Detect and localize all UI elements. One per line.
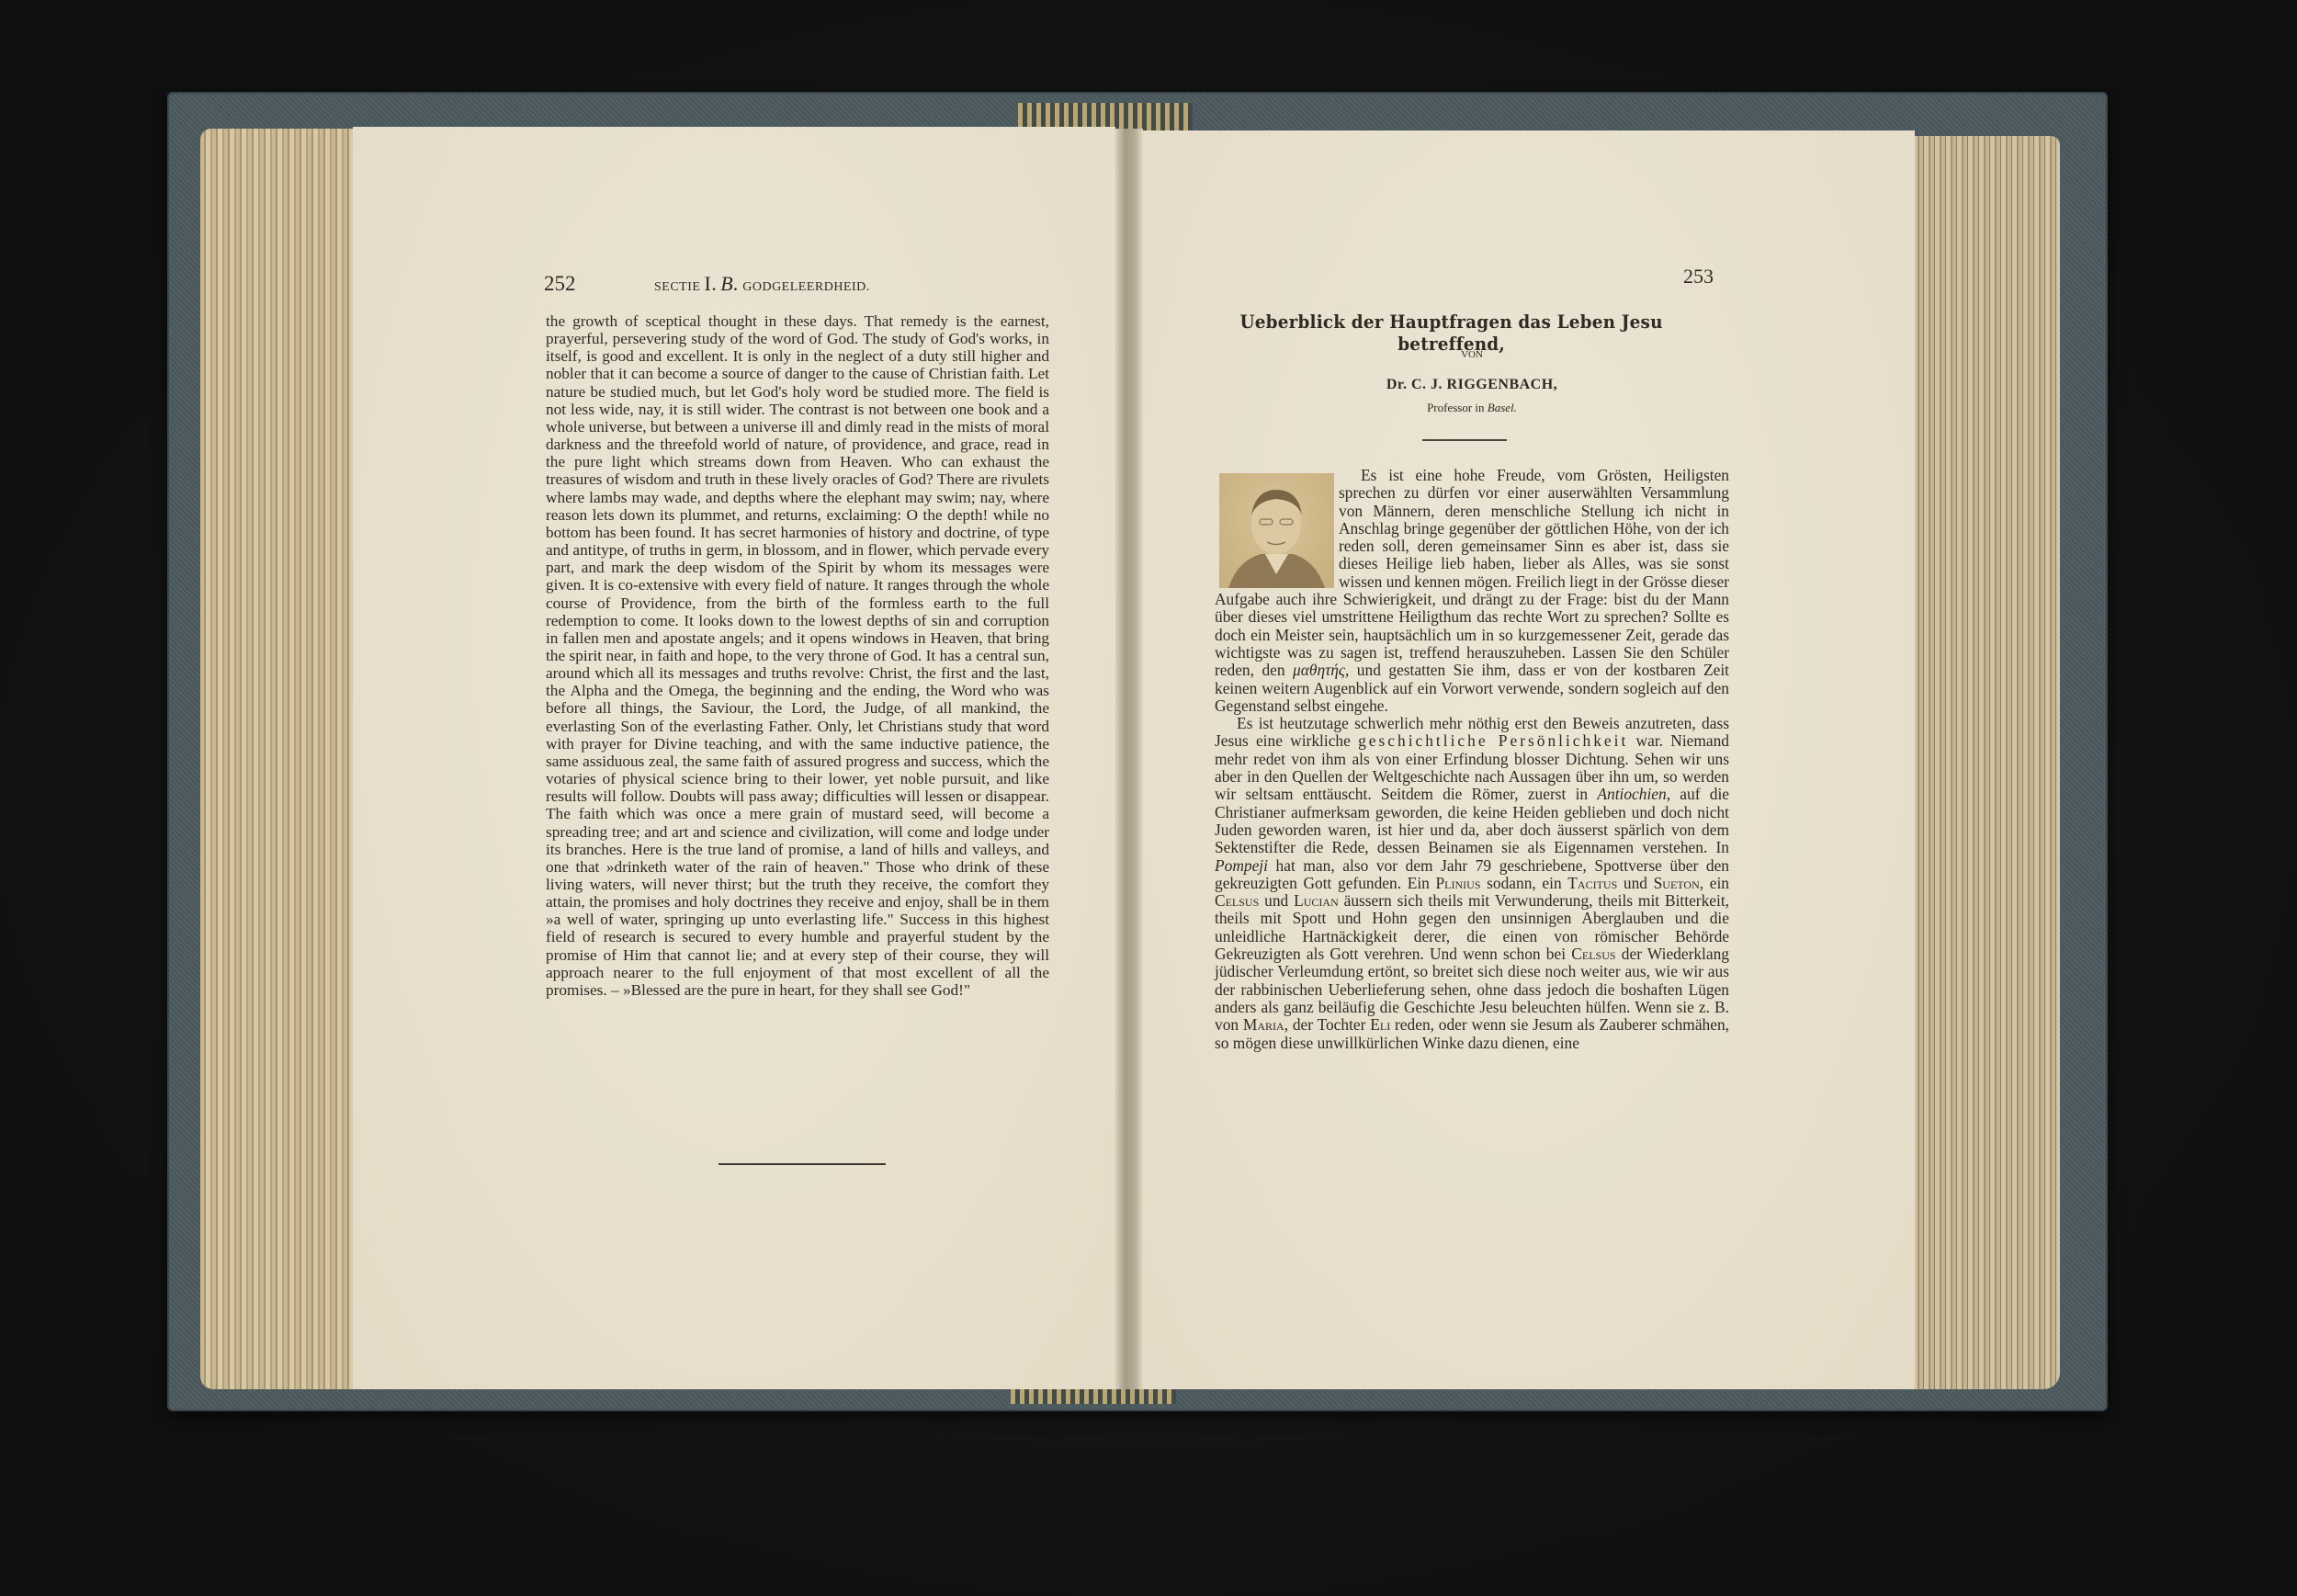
section-numeral: I. bbox=[704, 272, 717, 295]
left-page-body: the growth of sceptical thought in these… bbox=[546, 312, 1049, 999]
book-gutter bbox=[1115, 129, 1143, 1389]
section-sub: b. bbox=[720, 272, 739, 295]
running-head: 252 SECTIE I. b. GODGELEERDHEID. bbox=[544, 272, 1058, 294]
left-page-edges bbox=[200, 129, 355, 1389]
paragraph: the growth of sceptical thought in these… bbox=[546, 312, 1049, 999]
page-number-right: 253 bbox=[1683, 265, 1714, 289]
title-rule bbox=[1422, 439, 1507, 441]
greek-word: μαθητής bbox=[1293, 661, 1345, 679]
page-number-left: 252 bbox=[544, 272, 654, 296]
portrait-icon bbox=[1219, 473, 1334, 588]
article-title: Ueberblick der Hauptfragen das Leben Jes… bbox=[1215, 311, 1688, 355]
section-heading: SECTIE I. b. GODGELEERDHEID. bbox=[654, 272, 870, 296]
section-label: SECTIE bbox=[654, 280, 700, 294]
affiliation-place: Basel. bbox=[1488, 401, 1517, 414]
author-portrait bbox=[1219, 473, 1334, 588]
paragraph: Es ist heutzutage schwerlich mehr nöthig… bbox=[1215, 715, 1729, 1052]
end-rule bbox=[719, 1163, 886, 1165]
section-subject: GODGELEERDHEID. bbox=[742, 280, 870, 294]
by-line-label: VON bbox=[1215, 349, 1729, 360]
right-page-edges bbox=[1913, 136, 2060, 1389]
affiliation-prefix: Professor in bbox=[1427, 401, 1484, 414]
author-name: Dr. C. J. RIGGENBACH, bbox=[1215, 377, 1729, 393]
author-affiliation: Professor in Basel. bbox=[1215, 401, 1729, 415]
emphasis-spaced: geschichtliche Persönlichkeit bbox=[1358, 731, 1628, 750]
